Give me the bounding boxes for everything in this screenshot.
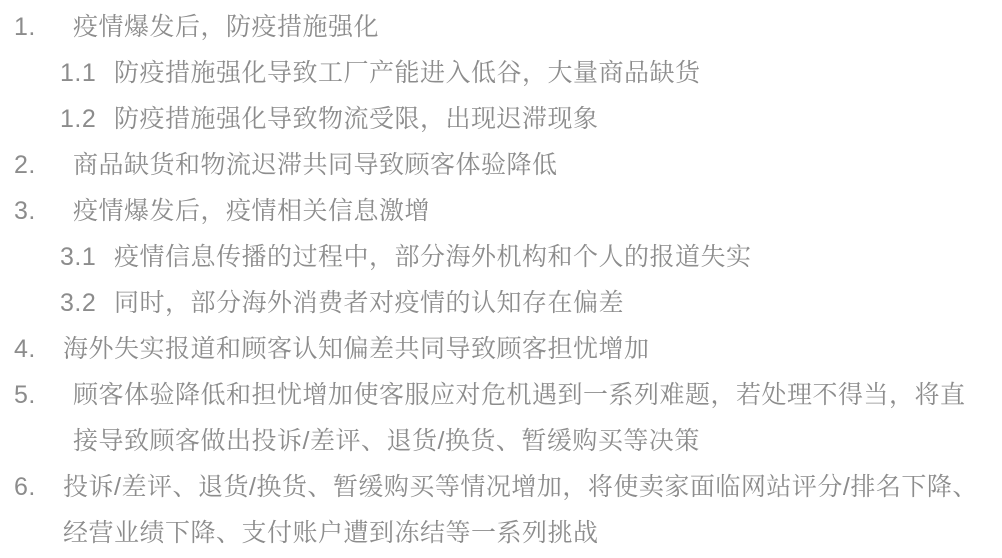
outline-item-4: 4. 海外失实报道和顾客认知偏差共同导致顾客担忧增加 [14,326,980,372]
item-number: 3.2 [60,280,114,326]
item-number: 3. [14,188,73,234]
outline-document: 1. 疫情爆发后，防疫措施强化 1.1 防疫措施强化导致工厂产能进入低谷，大量商… [0,0,1002,556]
outline-item-1-1: 1.1 防疫措施强化导致工厂产能进入低谷，大量商品缺货 [60,50,980,96]
item-number: 6. [14,464,63,510]
item-text: 顾客体验降低和担忧增加使客服应对危机遇到一系列难题，若处理不得当，将直接导致顾客… [73,372,980,464]
item-text: 疫情信息传播的过程中，部分海外机构和个人的报道失实 [114,234,980,280]
outline-item-1: 1. 疫情爆发后，防疫措施强化 [14,4,980,50]
item-text: 投诉/差评、退货/换货、暂缓购买等情况增加，将使卖家面临网站评分/排名下降、经营… [63,464,980,556]
item-number: 1.2 [60,96,114,142]
item-number: 5. [14,372,73,418]
outline-item-2: 2. 商品缺货和物流迟滞共同导致顾客体验降低 [14,142,980,188]
item-text: 疫情爆发后，疫情相关信息激增 [73,188,980,234]
item-number: 1.1 [60,50,114,96]
outline-item-1-2: 1.2 防疫措施强化导致物流受限，出现迟滞现象 [60,96,980,142]
item-text: 防疫措施强化导致物流受限，出现迟滞现象 [114,96,980,142]
item-number: 3.1 [60,234,114,280]
item-number: 4. [14,326,63,372]
item-number: 1. [14,4,73,50]
outline-item-3: 3. 疫情爆发后，疫情相关信息激增 [14,188,980,234]
outline-item-3-2: 3.2 同时，部分海外消费者对疫情的认知存在偏差 [60,280,980,326]
outline-item-6: 6. 投诉/差评、退货/换货、暂缓购买等情况增加，将使卖家面临网站评分/排名下降… [14,464,980,556]
item-text: 同时，部分海外消费者对疫情的认知存在偏差 [114,280,980,326]
item-text: 商品缺货和物流迟滞共同导致顾客体验降低 [73,142,980,188]
item-text: 疫情爆发后，防疫措施强化 [73,4,980,50]
item-number: 2. [14,142,73,188]
item-text: 海外失实报道和顾客认知偏差共同导致顾客担忧增加 [63,326,980,372]
outline-item-5: 5. 顾客体验降低和担忧增加使客服应对危机遇到一系列难题，若处理不得当，将直接导… [14,372,980,464]
item-text: 防疫措施强化导致工厂产能进入低谷，大量商品缺货 [114,50,980,96]
outline-item-3-1: 3.1 疫情信息传播的过程中，部分海外机构和个人的报道失实 [60,234,980,280]
